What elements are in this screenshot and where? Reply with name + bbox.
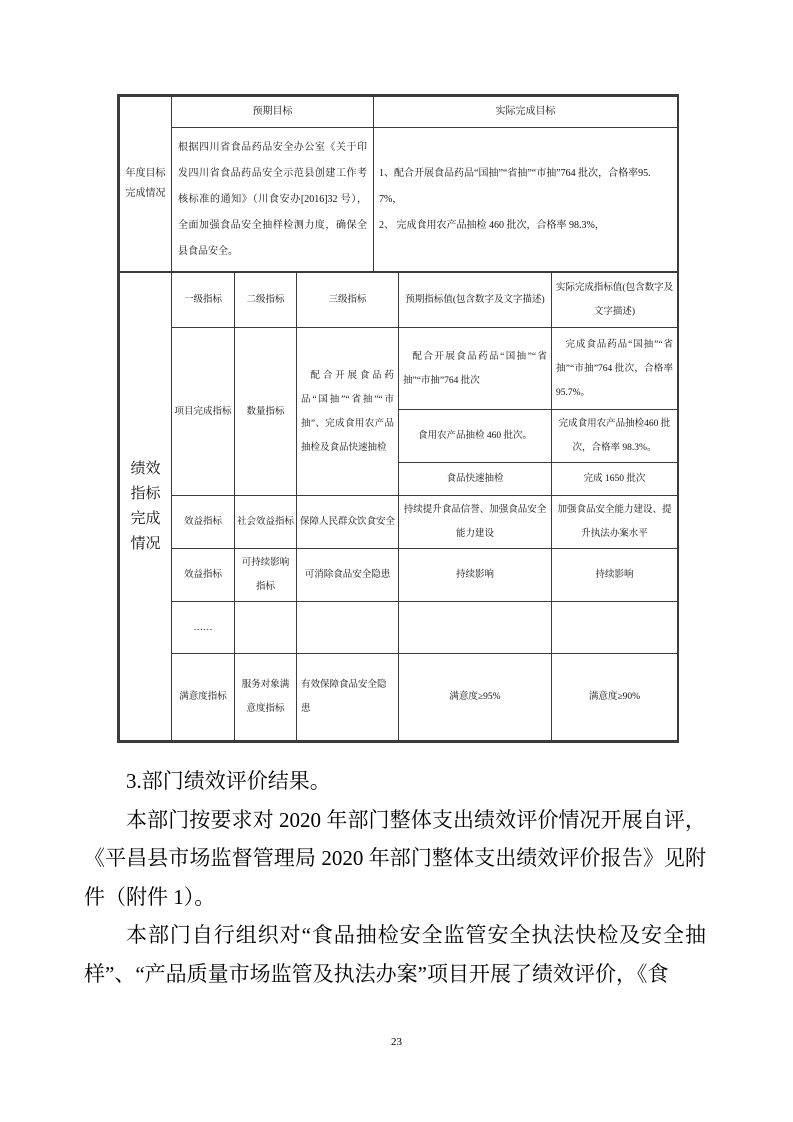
expected-goal-text: 根据四川省食品药品安全办公室《关于印发四川省食品药品安全示范县创建工作考核标准的… (172, 128, 374, 272)
social-level1: 效益指标 (172, 496, 235, 549)
sustain-expected: 持续影响 (399, 549, 552, 602)
header-actual-value: 实际完成指标值(包含数字及文字描述) (552, 273, 678, 328)
header-expected-value: 预期指标值(包含数字及文字描述) (399, 273, 552, 328)
social-expected: 持续提升食品信誉、加强食品安全能力建设 (399, 496, 552, 549)
quantity-level2: 数量指标 (235, 328, 297, 496)
quantity-row0-expected: 配合开展食品药品“国抽”“省抽”“市抽”764 批次 (399, 328, 552, 410)
quantity-level1: 项目完成指标 (172, 328, 235, 496)
sustain-level2: 可持续影响指标 (235, 549, 297, 602)
annual-goal-row-label: 年度目标完成情况 (120, 97, 172, 272)
sustain-actual: 持续影响 (552, 549, 678, 602)
satisfaction-level2: 服务对象满意度指标 (235, 654, 297, 741)
ellipsis-cell: …… (172, 602, 235, 654)
satisfaction-actual: 满意度≥90% (552, 654, 678, 741)
empty-cell (235, 602, 297, 654)
satisfaction-level3: 有效保障食品安全隐患 (297, 654, 399, 741)
indicator-row-label: 绩效指标完成情况 (120, 273, 172, 741)
header-level3: 三级指标 (297, 273, 399, 328)
quantity-row0-actual: 完成食品药品“国抽”“省抽”“市抽”764 批次，合格率 95.7%。 (552, 328, 678, 410)
annual-goal-table: 年度目标完成情况 预期目标 实际完成目标 根据四川省食品药品安全办公室《关于印发… (119, 96, 678, 272)
social-level2: 社会效益指标 (235, 496, 297, 549)
expected-goal-header: 预期目标 (172, 97, 374, 128)
quantity-row1-actual: 完成食用农产品抽检460 批次，合格率 98.3%。 (552, 410, 678, 463)
social-level3: 保障人民群众饮食安全 (297, 496, 399, 549)
social-actual: 加强食品安全能力建设、提升执法办案水平 (552, 496, 678, 549)
empty-cell (297, 602, 399, 654)
indicator-table: 绩效指标完成情况 一级指标 二级指标 三级指标 预期指标值(包含数字及文字描述)… (119, 272, 678, 741)
page-number: 23 (0, 1036, 793, 1048)
paragraph-project-evaluation: 本部门自行组织对“食品抽检安全监管安全执法快检及安全抽样”、“产品质量市场监管及… (84, 916, 706, 993)
quantity-row2-expected: 食品快速抽检 (399, 463, 552, 496)
satisfaction-expected: 满意度≥95% (399, 654, 552, 741)
header-level2: 二级指标 (235, 273, 297, 328)
empty-cell (399, 602, 552, 654)
actual-goal-header: 实际完成目标 (374, 97, 678, 128)
actual-goal-line1: 1、配合开展食品药品“国抽”“省抽”“市抽”764 批次，合格率95.7%， (379, 161, 672, 213)
actual-goal-text: 1、配合开展食品药品“国抽”“省抽”“市抽”764 批次，合格率95.7%， 2… (374, 128, 678, 272)
quantity-level3: 配合开展食品药品“国抽”“省抽”“市抽”、完成食用农产品抽检及食品快速抽检 (297, 328, 399, 496)
sustain-level3: 可消除食品安全隐患 (297, 549, 399, 602)
quantity-row2-actual: 完成 1650 批次 (552, 463, 678, 496)
header-level1: 一级指标 (172, 273, 235, 328)
paragraph-evaluation-heading: 3.部门绩效评价结果。 (84, 762, 706, 801)
quantity-row1-expected: 食用农产品抽检 460 批次。 (399, 410, 552, 463)
performance-table: 年度目标完成情况 预期目标 实际完成目标 根据四川省食品药品安全办公室《关于印发… (117, 94, 679, 743)
body-text: 3.部门绩效评价结果。 本部门按要求对 2020 年部门整体支出绩效评价情况开展… (84, 762, 706, 993)
paragraph-self-evaluation: 本部门按要求对 2020 年部门整体支出绩效评价情况开展自评，《平昌县市场监督管… (84, 801, 706, 917)
empty-cell (552, 602, 678, 654)
document-page: 年度目标完成情况 预期目标 实际完成目标 根据四川省食品药品安全办公室《关于印发… (0, 0, 793, 1122)
satisfaction-level1: 满意度指标 (172, 654, 235, 741)
sustain-level1: 效益指标 (172, 549, 235, 602)
actual-goal-line2: 2、 完成食用农产品抽检 460 批次，合格率 98.3%， (379, 213, 672, 239)
